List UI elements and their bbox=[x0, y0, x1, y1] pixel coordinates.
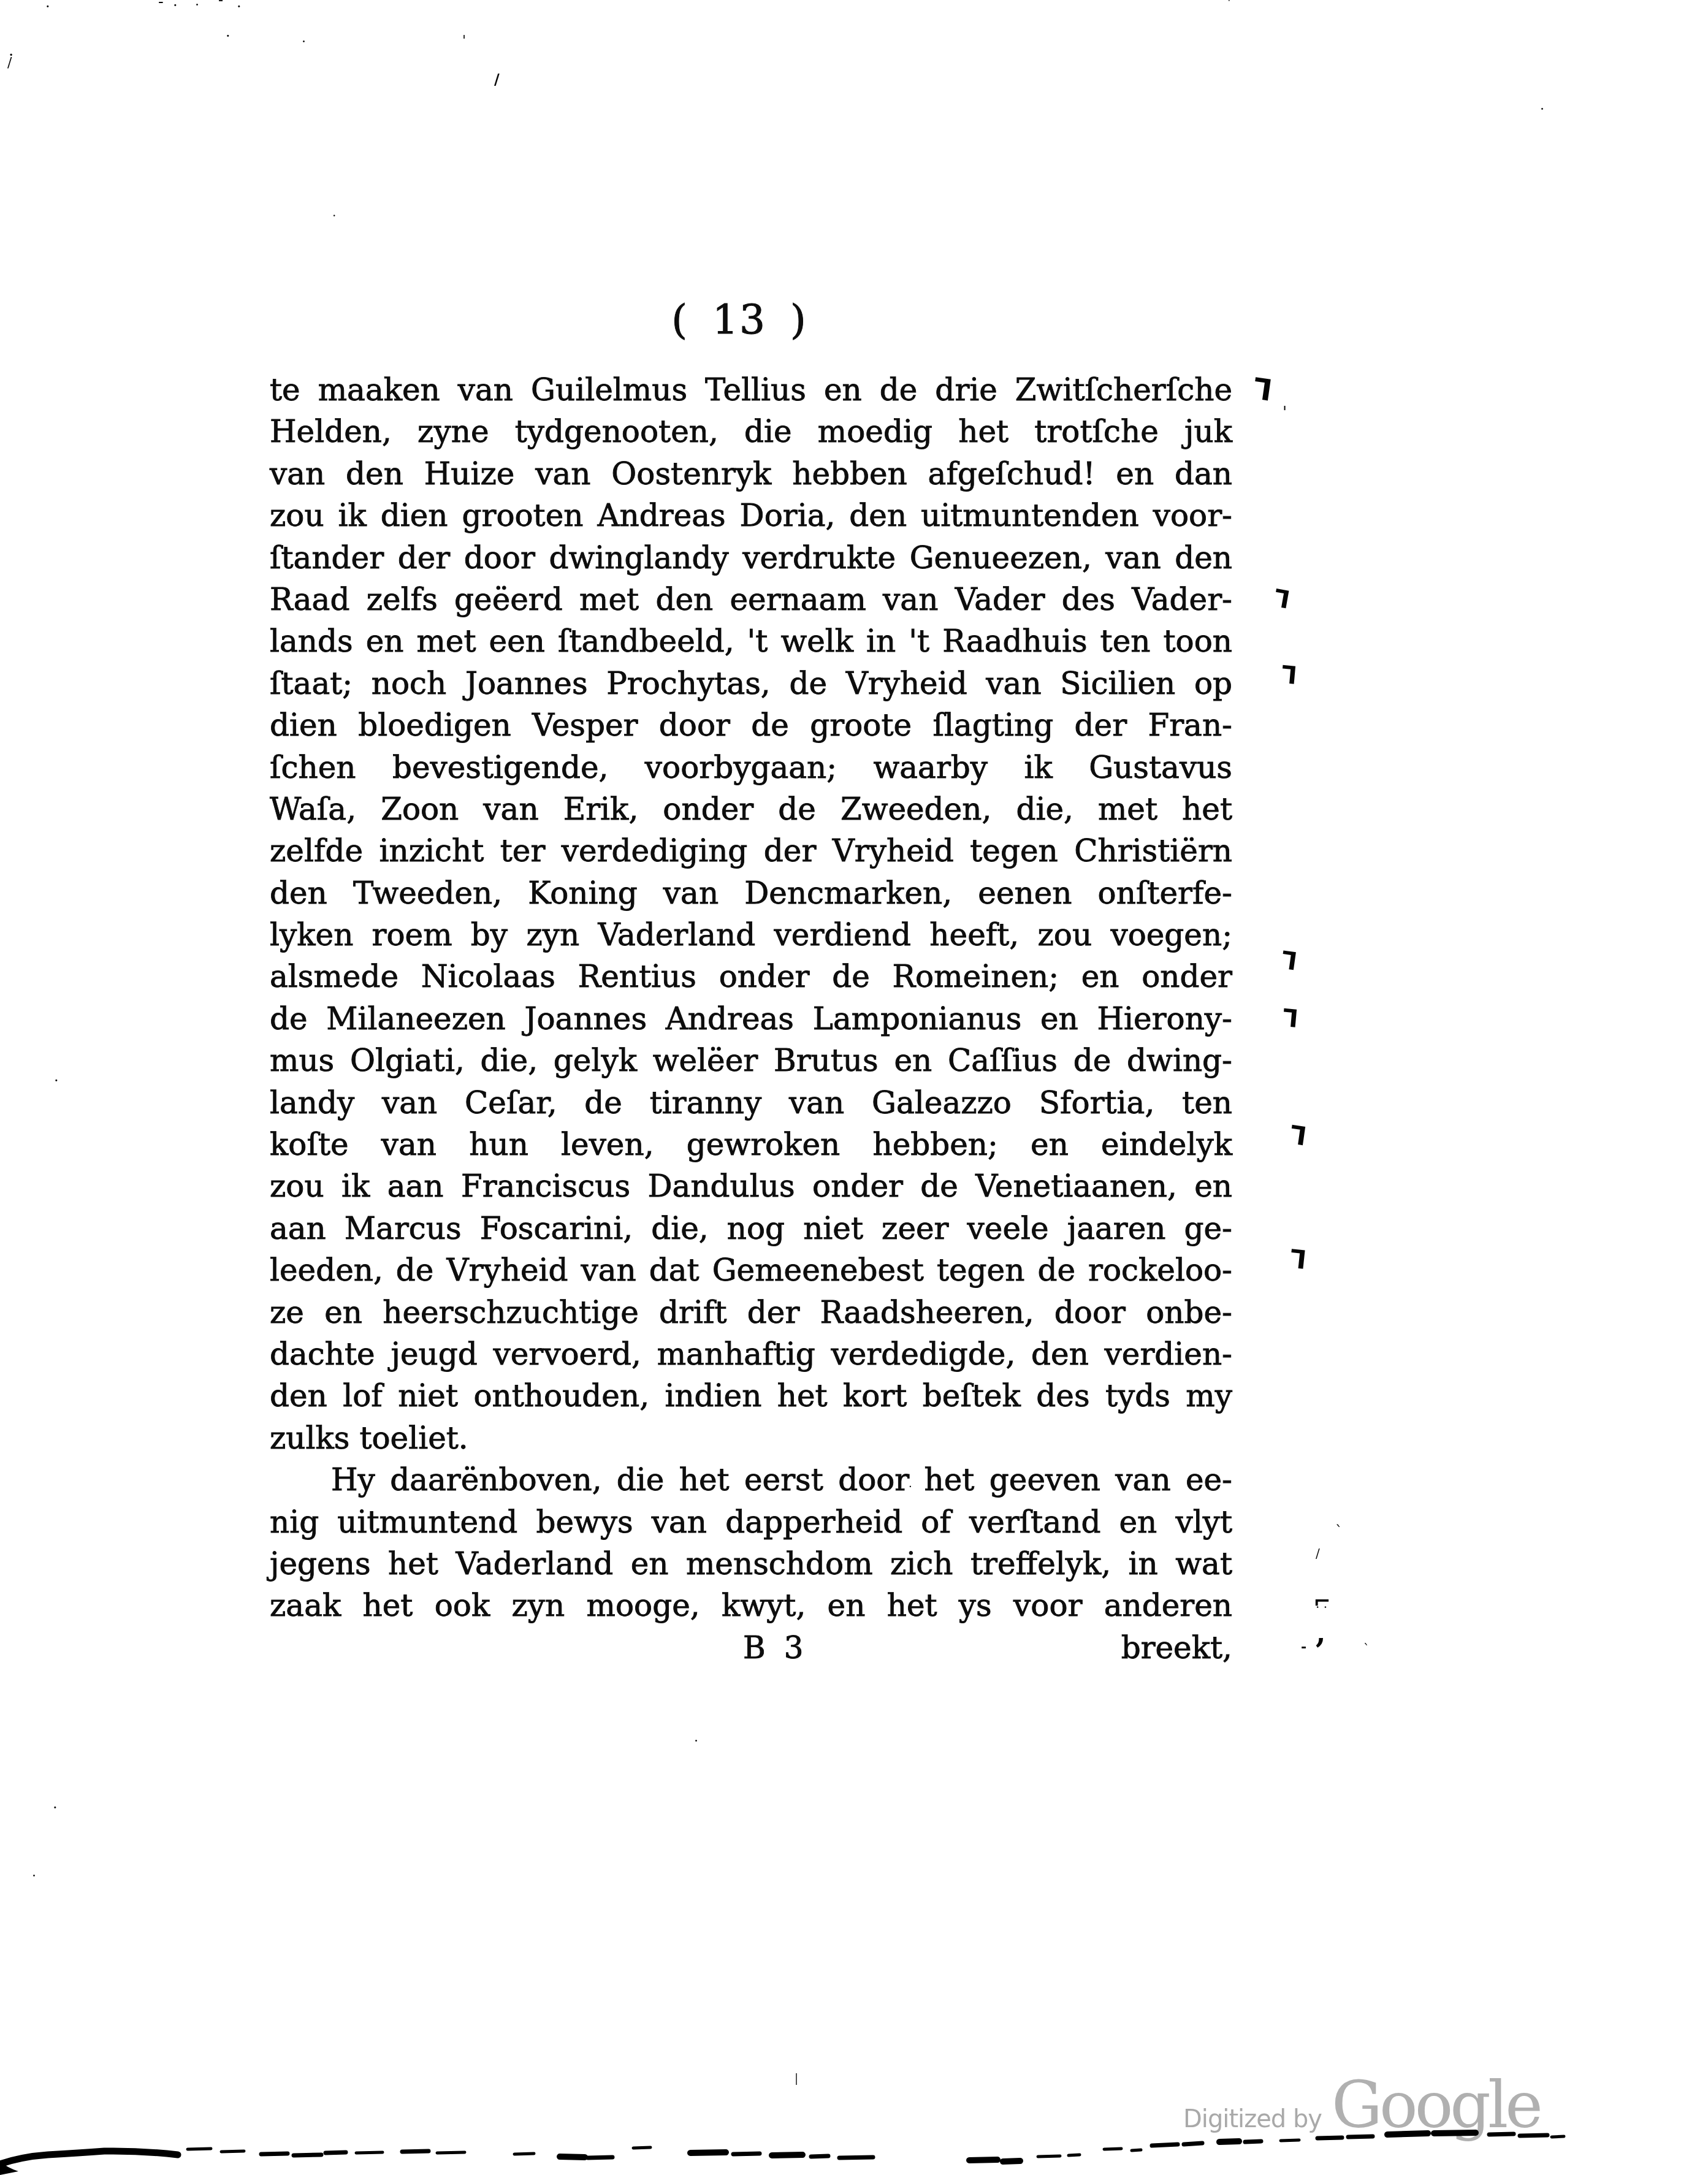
margin-ink-hook-artifact: Γ bbox=[1288, 1122, 1308, 1149]
ink-speck-artifact: . bbox=[195, 0, 199, 9]
text-line: te maaken van Guilelmus Tellius en de dr… bbox=[270, 369, 1232, 411]
ink-speck-artifact: ' bbox=[1283, 405, 1287, 421]
text-line: zaak het ook zyn mooge, kwyt, en het ys … bbox=[270, 1585, 1232, 1626]
text-line: Hy daarënboven, die het eerst door het g… bbox=[270, 1459, 1232, 1501]
body-text-block: te maaken van Guilelmus Tellius en de dr… bbox=[270, 369, 1232, 1669]
text-line: zou ik dien grooten Andreas Doria, den u… bbox=[270, 495, 1232, 536]
text-line: Helden, zyne tydgenooten, die moedig het… bbox=[270, 411, 1232, 452]
ink-speck-artifact: ` bbox=[1363, 1643, 1370, 1655]
text-line: ſtaat; noch Joannes Prochytas, de Vryhei… bbox=[270, 663, 1232, 704]
text-line: zulks toeliet. bbox=[270, 1417, 1232, 1459]
text-line: zou ik aan Franciscus Dandulus onder de … bbox=[270, 1165, 1232, 1207]
ink-speck-artifact: - bbox=[158, 0, 164, 10]
text-line: den Tweeden, Koning van Dencmarken, eene… bbox=[270, 872, 1232, 914]
ink-speck-artifact: - bbox=[218, 0, 223, 7]
ink-speck-artifact: ' bbox=[1227, 0, 1231, 9]
text-line: leeden, de Vryheid van dat Gemeenebest t… bbox=[270, 1249, 1232, 1291]
ink-speck-artifact: . bbox=[332, 206, 336, 218]
text-line: ſtander der door dwinglandy verdrukte Ge… bbox=[270, 537, 1232, 579]
text-line: Raad zelfs geëerd met den eernaam van Va… bbox=[270, 579, 1232, 620]
text-line: ſchen bevestigende, voorbygaan; waarby i… bbox=[270, 747, 1232, 788]
ink-speck-artifact: . bbox=[1540, 99, 1544, 113]
ink-speck-artifact: / bbox=[494, 72, 500, 87]
ink-speck-artifact: . . bbox=[1316, 1598, 1327, 1610]
text-line: van den Huize van Oostenryk hebben afgeſ… bbox=[270, 453, 1232, 495]
margin-ink-hook-artifact: Γ bbox=[1280, 663, 1298, 688]
text-line: koſte van hun leven, gewroken hebben; en… bbox=[270, 1124, 1232, 1165]
text-line: alsmede Nicolaas Rentius onder de Romein… bbox=[270, 956, 1232, 997]
ink-speck-artifact: . bbox=[53, 1796, 58, 1811]
margin-ink-hook-artifact: Γ bbox=[1281, 1006, 1299, 1032]
ink-speck-artifact: . bbox=[237, 0, 242, 10]
ink-speck-artifact: . bbox=[226, 25, 231, 39]
ink-speck-artifact: ' bbox=[462, 34, 466, 48]
printer-signature-mark: B 3 bbox=[743, 1627, 803, 1669]
margin-ink-hook-artifact: Γ bbox=[1289, 1246, 1308, 1274]
ink-speck-artifact: / bbox=[7, 56, 12, 70]
ink-speck-artifact: . bbox=[173, 0, 178, 9]
page-number-header: ( 13 ) bbox=[671, 298, 807, 343]
ink-speck-artifact: . bbox=[45, 0, 50, 10]
text-line: nig uitmuntend bewys van dapperheid of v… bbox=[270, 1501, 1232, 1543]
ink-speck-artifact: | bbox=[795, 2073, 798, 2084]
text-line: lands en met een ſtandbeeld, 't welk in … bbox=[270, 620, 1232, 662]
text-line: zelfde inzicht ter verdediging der Vryhe… bbox=[270, 830, 1232, 872]
text-line: de Milaneezen Joannes Andreas Lamponianu… bbox=[270, 998, 1232, 1040]
ink-speck-artifact: . bbox=[302, 32, 306, 45]
ink-speck-artifact: ` bbox=[1335, 1524, 1343, 1539]
ink-speck-artifact: . bbox=[909, 1479, 912, 1490]
margin-ink-hook-artifact: Γ bbox=[1279, 948, 1298, 974]
text-line: dien bloedigen Vesper door de groote ſla… bbox=[270, 704, 1232, 746]
text-lines: te maaken van Guilelmus Tellius en de dr… bbox=[270, 369, 1232, 1627]
ink-speck-artifact: , bbox=[1316, 1618, 1326, 1648]
text-line: Waſa, Zoon van Erik, onder de Zweeden, d… bbox=[270, 788, 1232, 830]
catchword: breekt, bbox=[1121, 1627, 1232, 1669]
text-line: den lof niet onthouden, indien het kort … bbox=[270, 1375, 1232, 1417]
text-line: aan Marcus Foscarini, die, nog niet zeer… bbox=[270, 1208, 1232, 1249]
ink-speck-artifact: . bbox=[54, 1069, 59, 1084]
catchword-row: B 3 breekt, bbox=[270, 1627, 1232, 1669]
text-line: ze en heerschzuchtige drift der Raadshee… bbox=[270, 1292, 1232, 1333]
text-line: jegens het Vaderland en menschdom zich t… bbox=[270, 1543, 1232, 1585]
ink-speck-artifact: . bbox=[694, 1731, 698, 1745]
ink-speck-artifact: - bbox=[1301, 1640, 1306, 1654]
bottom-scan-edge-artifact bbox=[0, 2126, 1708, 2175]
text-line: lyken roem by zyn Vaderland verdiend hee… bbox=[270, 914, 1232, 956]
margin-ink-hook-artifact: Γ bbox=[1272, 586, 1292, 613]
text-line: landy van Ceſar, de tiranny van Galeazzo… bbox=[270, 1082, 1232, 1124]
margin-ink-hook-artifact: Γ bbox=[1251, 374, 1274, 406]
ink-speck-artifact: . bbox=[32, 1866, 36, 1880]
text-line: mus Olgiati, die, gelyk welëer Brutus en… bbox=[270, 1040, 1232, 1081]
ink-speck-artifact: / bbox=[1316, 1547, 1320, 1560]
text-line: dachte jeugd vervoerd, manhaftig verdedi… bbox=[270, 1333, 1232, 1375]
scanned-book-page: ( 13 ) te maaken van Guilelmus Tellius e… bbox=[0, 0, 1708, 2175]
